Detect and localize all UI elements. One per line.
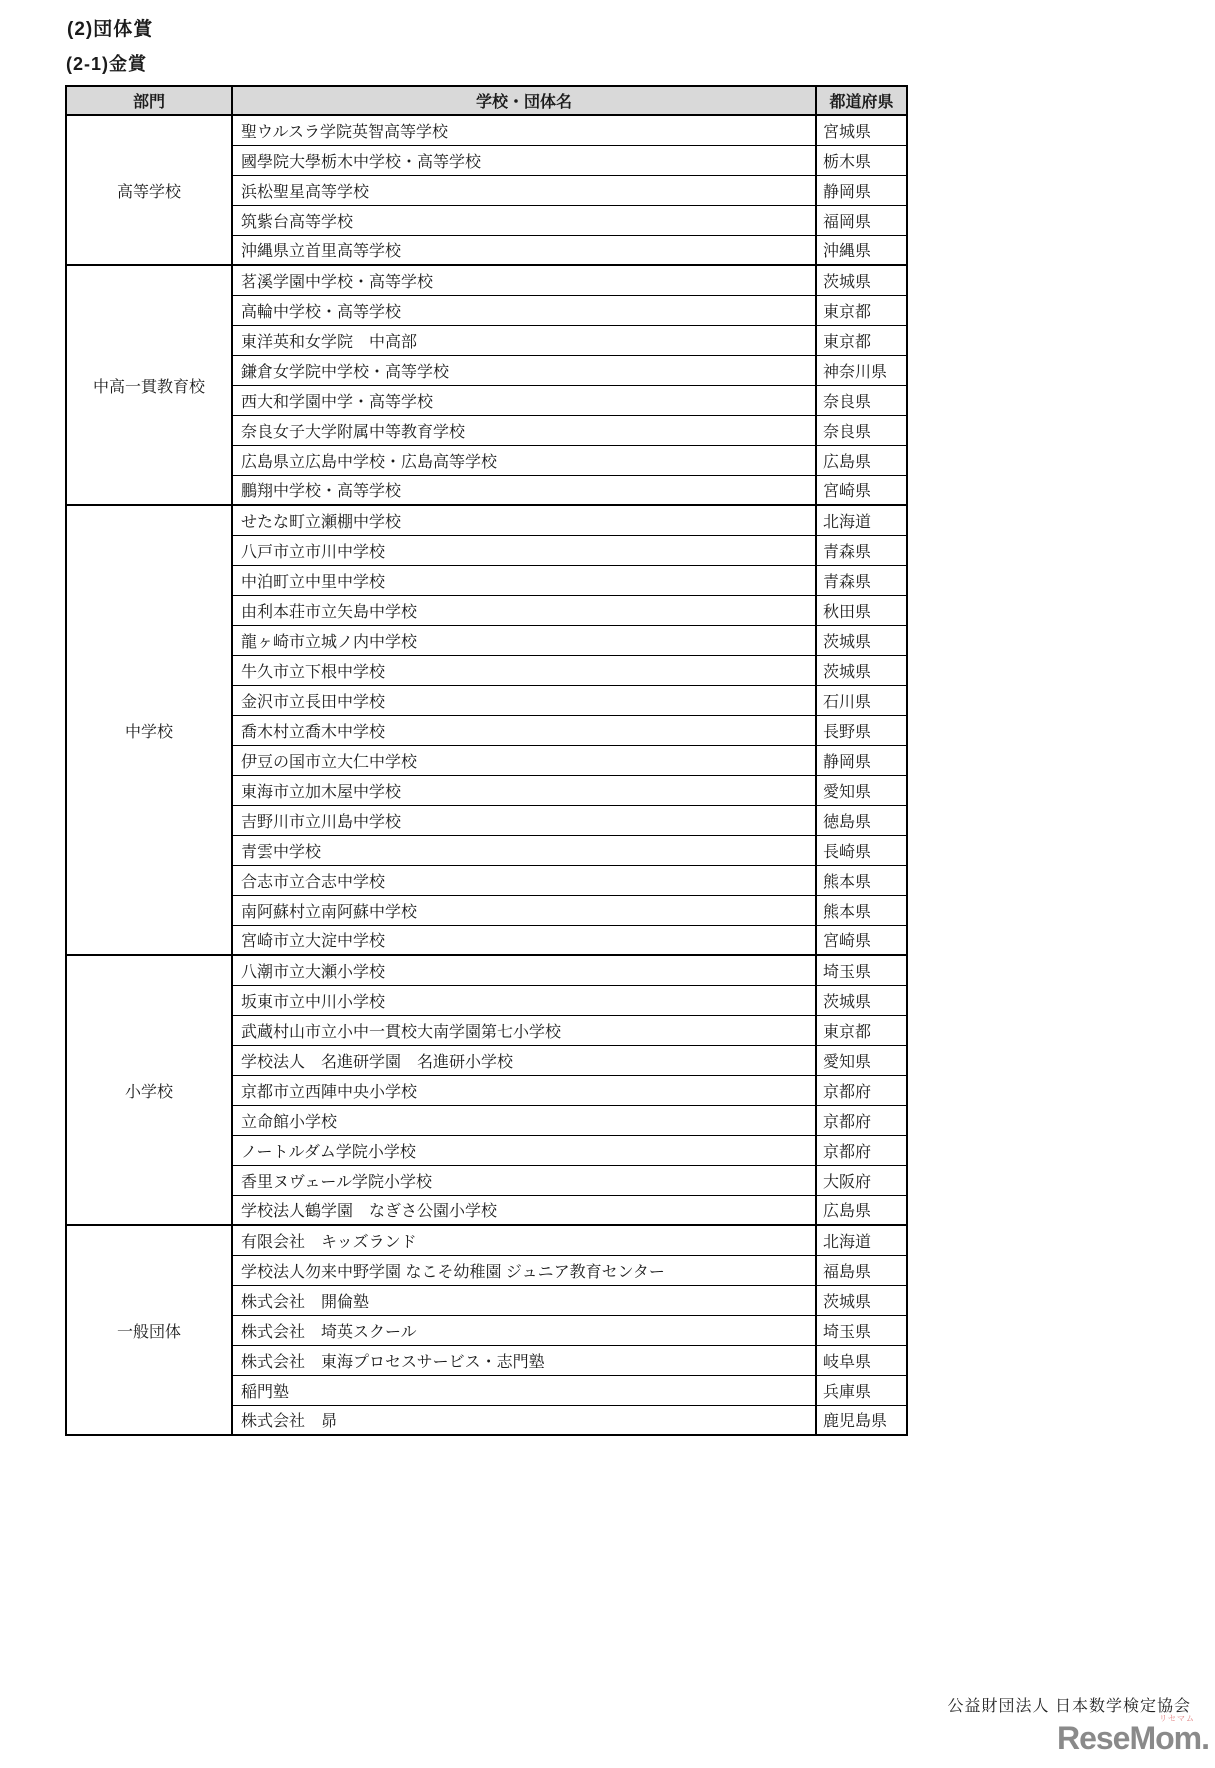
school-name-cell: 青雲中学校 (232, 835, 816, 865)
school-name-cell: 沖縄県立首里高等学校 (232, 235, 816, 265)
school-name-cell: 南阿蘇村立南阿蘇中学校 (232, 895, 816, 925)
school-name-cell: 株式会社 埼英スクール (232, 1315, 816, 1345)
table-row: 一般団体有限会社 キッズランド北海道 (66, 1225, 907, 1255)
page-subtitle: (2-1)金賞 (66, 50, 147, 76)
prefecture-cell: 京都府 (816, 1135, 907, 1165)
footer-credit: 公益財団法人 日本数学検定協会 (948, 1693, 1191, 1716)
school-name-cell: 中泊町立中里中学校 (232, 565, 816, 595)
school-name-cell: 國學院大學栃木中学校・高等学校 (232, 145, 816, 175)
school-name-cell: 立命館小学校 (232, 1105, 816, 1135)
school-name-cell: 稲門塾 (232, 1375, 816, 1405)
prefecture-cell: 青森県 (816, 535, 907, 565)
school-name-cell: 東洋英和女学院 中高部 (232, 325, 816, 355)
school-name-cell: 学校法人 名進研学園 名進研小学校 (232, 1045, 816, 1075)
page-title: (2)団体賞 (67, 14, 153, 41)
resemom-logo-ruby: リセマム (1159, 1715, 1195, 1723)
school-name-cell: 伊豆の国市立大仁中学校 (232, 745, 816, 775)
school-name-cell: 株式会社 昴 (232, 1405, 816, 1435)
school-name-cell: 茗溪学園中学校・高等学校 (232, 265, 816, 295)
prefecture-cell: 奈良県 (816, 385, 907, 415)
column-header-prefecture: 都道府県 (816, 86, 907, 115)
column-header-name: 学校・団体名 (232, 86, 816, 115)
prefecture-cell: 茨城県 (816, 655, 907, 685)
prefecture-cell: 東京都 (816, 295, 907, 325)
prefecture-cell: 東京都 (816, 325, 907, 355)
prefecture-cell: 京都府 (816, 1075, 907, 1105)
prefecture-cell: 茨城県 (816, 985, 907, 1015)
prefecture-cell: 京都府 (816, 1105, 907, 1135)
prefecture-cell: 石川県 (816, 685, 907, 715)
school-name-cell: 金沢市立長田中学校 (232, 685, 816, 715)
prefecture-cell: 茨城県 (816, 265, 907, 295)
school-name-cell: 香里ヌヴェール学院小学校 (232, 1165, 816, 1195)
school-name-cell: 京都市立西陣中央小学校 (232, 1075, 816, 1105)
school-name-cell: 八潮市立大瀬小学校 (232, 955, 816, 985)
school-name-cell: 有限会社 キッズランド (232, 1225, 816, 1255)
school-name-cell: 宮崎市立大淀中学校 (232, 925, 816, 955)
category-cell: 高等学校 (66, 115, 232, 265)
school-name-cell: 筑紫台高等学校 (232, 205, 816, 235)
prefecture-cell: 静岡県 (816, 745, 907, 775)
school-name-cell: 東海市立加木屋中学校 (232, 775, 816, 805)
category-cell: 一般団体 (66, 1225, 232, 1435)
prefecture-cell: 沖縄県 (816, 235, 907, 265)
prefecture-cell: 長崎県 (816, 835, 907, 865)
table-row: 高等学校聖ウルスラ学院英智高等学校宮城県 (66, 115, 907, 145)
prefecture-cell: 徳島県 (816, 805, 907, 835)
category-cell: 中学校 (66, 505, 232, 955)
school-name-cell: 高輪中学校・高等学校 (232, 295, 816, 325)
prefecture-cell: 栃木県 (816, 145, 907, 175)
prefecture-cell: 埼玉県 (816, 1315, 907, 1345)
school-name-cell: 学校法人勿来中野学園 なこそ幼稚園 ジュニア教育センター (232, 1255, 816, 1285)
school-name-cell: 由利本荘市立矢島中学校 (232, 595, 816, 625)
school-name-cell: せたな町立瀬棚中学校 (232, 505, 816, 535)
school-name-cell: 合志市立合志中学校 (232, 865, 816, 895)
prefecture-cell: 長野県 (816, 715, 907, 745)
prefecture-cell: 東京都 (816, 1015, 907, 1045)
prefecture-cell: 愛知県 (816, 775, 907, 805)
category-cell: 小学校 (66, 955, 232, 1225)
prefecture-cell: 広島県 (816, 445, 907, 475)
school-name-cell: 広島県立広島中学校・広島高等学校 (232, 445, 816, 475)
school-name-cell: 西大和学園中学・高等学校 (232, 385, 816, 415)
school-name-cell: 牛久市立下根中学校 (232, 655, 816, 685)
school-name-cell: 奈良女子大学附属中等教育学校 (232, 415, 816, 445)
prefecture-cell: 熊本県 (816, 895, 907, 925)
table-row: 中高一貫教育校茗溪学園中学校・高等学校茨城県 (66, 265, 907, 295)
prefecture-cell: 岐阜県 (816, 1345, 907, 1375)
prefecture-cell: 兵庫県 (816, 1375, 907, 1405)
prefecture-cell: 茨城県 (816, 625, 907, 655)
school-name-cell: 学校法人鶴学園 なぎさ公園小学校 (232, 1195, 816, 1225)
school-name-cell: 龍ヶ崎市立城ノ内中学校 (232, 625, 816, 655)
prefecture-cell: 埼玉県 (816, 955, 907, 985)
school-name-cell: 鵬翔中学校・高等学校 (232, 475, 816, 505)
prefecture-cell: 静岡県 (816, 175, 907, 205)
prefecture-cell: 宮崎県 (816, 475, 907, 505)
resemom-logo[interactable]: リセマム ReseMom. (1057, 1722, 1209, 1754)
school-name-cell: 株式会社 開倫塾 (232, 1285, 816, 1315)
school-name-cell: 坂東市立中川小学校 (232, 985, 816, 1015)
school-name-cell: ノートルダム学院小学校 (232, 1135, 816, 1165)
prefecture-cell: 福岡県 (816, 205, 907, 235)
school-name-cell: 喬木村立喬木中学校 (232, 715, 816, 745)
prefecture-cell: 広島県 (816, 1195, 907, 1225)
prefecture-cell: 北海道 (816, 1225, 907, 1255)
prefecture-cell: 茨城県 (816, 1285, 907, 1315)
prefecture-cell: 秋田県 (816, 595, 907, 625)
school-name-cell: 八戸市立市川中学校 (232, 535, 816, 565)
prefecture-cell: 奈良県 (816, 415, 907, 445)
school-name-cell: 鎌倉女学院中学校・高等学校 (232, 355, 816, 385)
school-name-cell: 吉野川市立川島中学校 (232, 805, 816, 835)
prefecture-cell: 神奈川県 (816, 355, 907, 385)
table-row: 小学校八潮市立大瀬小学校埼玉県 (66, 955, 907, 985)
table-header-row: 部門 学校・団体名 都道府県 (66, 86, 907, 115)
prefecture-cell: 北海道 (816, 505, 907, 535)
prefecture-cell: 宮崎県 (816, 925, 907, 955)
prefecture-cell: 大阪府 (816, 1165, 907, 1195)
prefecture-cell: 福島県 (816, 1255, 907, 1285)
school-name-cell: 聖ウルスラ学院英智高等学校 (232, 115, 816, 145)
column-header-category: 部門 (66, 86, 232, 115)
prefecture-cell: 青森県 (816, 565, 907, 595)
school-name-cell: 株式会社 東海プロセスサービス・志門塾 (232, 1345, 816, 1375)
table-row: 中学校せたな町立瀬棚中学校北海道 (66, 505, 907, 535)
award-table-body: 高等学校聖ウルスラ学院英智高等学校宮城県國學院大學栃木中学校・高等学校栃木県浜松… (66, 115, 907, 1435)
prefecture-cell: 熊本県 (816, 865, 907, 895)
school-name-cell: 浜松聖星高等学校 (232, 175, 816, 205)
resemom-logo-text: ReseMom. (1057, 1720, 1209, 1756)
category-cell: 中高一貫教育校 (66, 265, 232, 505)
school-name-cell: 武蔵村山市立小中一貫校大南学園第七小学校 (232, 1015, 816, 1045)
gold-award-table: 部門 学校・団体名 都道府県 高等学校聖ウルスラ学院英智高等学校宮城県國學院大學… (65, 85, 908, 1436)
prefecture-cell: 愛知県 (816, 1045, 907, 1075)
prefecture-cell: 鹿児島県 (816, 1405, 907, 1435)
prefecture-cell: 宮城県 (816, 115, 907, 145)
